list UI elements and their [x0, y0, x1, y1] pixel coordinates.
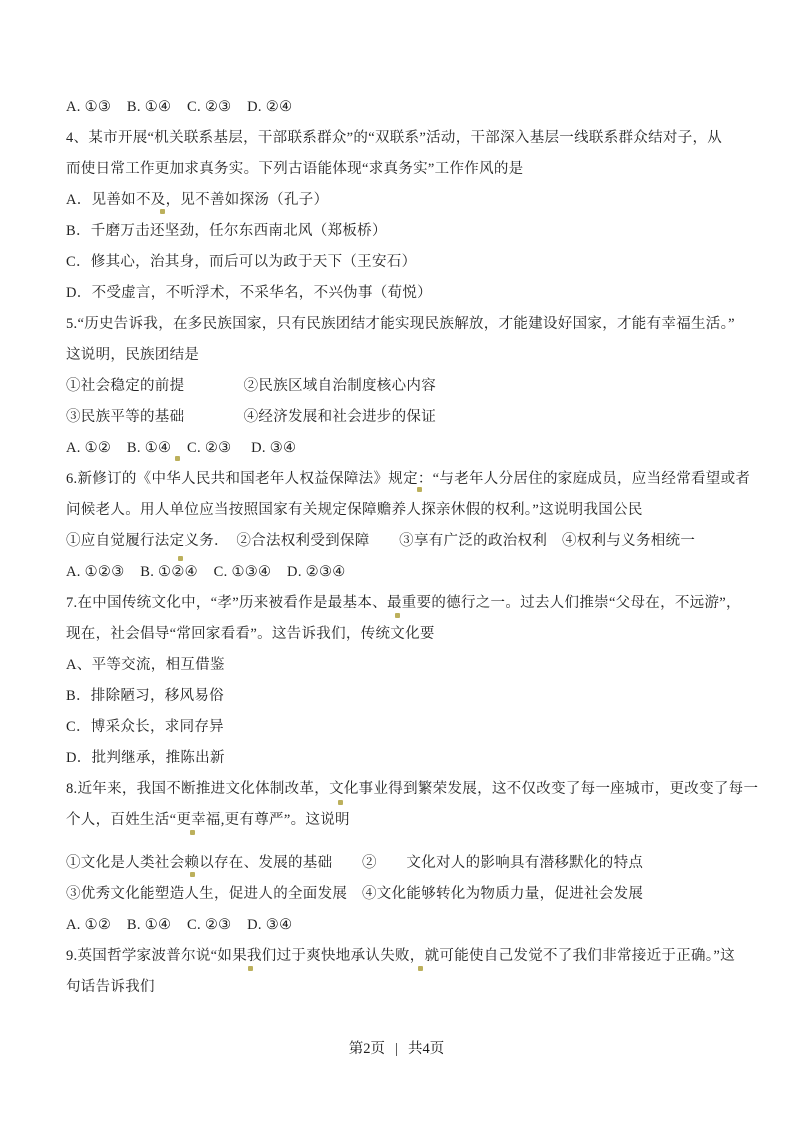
scan-artifact-mark: [190, 872, 195, 877]
scan-artifact-mark: [190, 830, 195, 835]
page-total-label: 共4页: [408, 1038, 444, 1060]
document-page: A. ①③ B. ①④ C. ②③ D. ②④ 4、某市开展“机关联系基层，干部…: [0, 0, 793, 1122]
q6-stem-line-2: 问候老人。用人单位应当按照国家有关规定保障赡养人探亲休假的权利。”这说明我国公民: [66, 495, 731, 526]
q4-option-d: D．不受虚言，不听浮术，不采华名，不兴伪事（荀悦）: [66, 278, 731, 309]
scan-artifact-mark: [417, 487, 422, 492]
q4-stem-line-1: 4、某市开展“机关联系基层，干部联系群众”的“双联系”活动，干部深入基层一线联系…: [66, 123, 731, 154]
document-body: A. ①③ B. ①④ C. ②③ D. ②④ 4、某市开展“机关联系基层，干部…: [66, 92, 731, 1003]
q7-option-d: D．批判继承，推陈出新: [66, 743, 731, 774]
scan-artifact-mark: [178, 556, 183, 561]
q8-items-line-2: ③优秀文化能塑造人生，促进人的全面发展 ④文化能够转化为物质力量，促进社会发展: [66, 879, 731, 910]
scan-artifact-mark: [160, 209, 165, 214]
q8-stem-line-2: 个人，百姓生活“更幸福,更有尊严”。这说明: [66, 805, 731, 836]
q6-stem-line-1: 6.新修订的《中华人民共和国老年人权益保障法》规定：“与老年人分居住的家庭成员，…: [66, 464, 731, 495]
page-number-label: 第2页: [349, 1038, 385, 1060]
q7-option-a: A、平等交流，相互借鉴: [66, 650, 731, 681]
footer-separator: |: [395, 1038, 398, 1060]
q5-items-line-2: ③民族平等的基础 ④经济发展和社会进步的保证: [66, 402, 731, 433]
q4-stem-line-2: 而使日常工作更加求真务实。下列古语能体现“求真务实”工作作风的是: [66, 154, 731, 185]
scan-artifact-mark: [418, 966, 423, 971]
q4-option-a: A．见善如不及，见不善如探汤（孔子）: [66, 185, 731, 216]
q5-items-line-1: ①社会稳定的前提 ②民族区域自治制度核心内容: [66, 371, 731, 402]
q7-option-b: B．排除陋习，移风易俗: [66, 681, 731, 712]
q8-answer-choices: A. ①② B. ①④ C. ②③ D. ③④: [66, 910, 731, 941]
q7-option-c: C．博采众长，求同存异: [66, 712, 731, 743]
q4-option-b: B．千磨万击还坚劲，任尔东西南北风（郑板桥）: [66, 216, 731, 247]
q6-answer-choices: A. ①②③ B. ①②④ C. ①③④ D. ②③④: [66, 557, 731, 588]
scan-artifact-mark: [338, 800, 343, 805]
scan-artifact-mark: [248, 966, 253, 971]
q8-items-line-1: ①文化是人类社会赖以存在、发展的基础 ② 文化对人的影响具有潜移默化的特点: [66, 848, 731, 879]
page-footer: 第2页|共4页: [0, 1038, 793, 1060]
scan-artifact-mark: [395, 613, 400, 618]
q5-stem-line-2: 这说明，民族团结是: [66, 340, 731, 371]
q5-stem-line-1: 5.“历史告诉我，在多民族国家，只有民族团结才能实现民族解放，才能建设好国家，才…: [66, 309, 731, 340]
q7-stem-line-2: 现在，社会倡导“常回家看看”。这告诉我们，传统文化要: [66, 619, 731, 650]
q9-stem-line-1: 9.英国哲学家波普尔说“如果我们过于爽快地承认失败，就可能使自己发觉不了我们非常…: [66, 941, 731, 972]
q9-stem-line-2: 句话告诉我们: [66, 972, 731, 1003]
q4-option-c: C．修其心，治其身，而后可以为政于天下（王安石）: [66, 247, 731, 278]
q5-answer-choices: A. ①② B. ①④ C. ②③ D. ③④: [66, 433, 731, 464]
q8-stem-line-1: 8.近年来，我国不断推进文化体制改革，文化事业得到繁荣发展，这不仅改变了每一座城…: [66, 774, 731, 805]
q3-answer-choices: A. ①③ B. ①④ C. ②③ D. ②④: [66, 92, 731, 123]
scan-artifact-mark: [175, 456, 180, 461]
q6-items-line: ①应自觉履行法定义务． ②合法权利受到保障 ③享有广泛的政治权利 ④权利与义务相…: [66, 526, 731, 557]
